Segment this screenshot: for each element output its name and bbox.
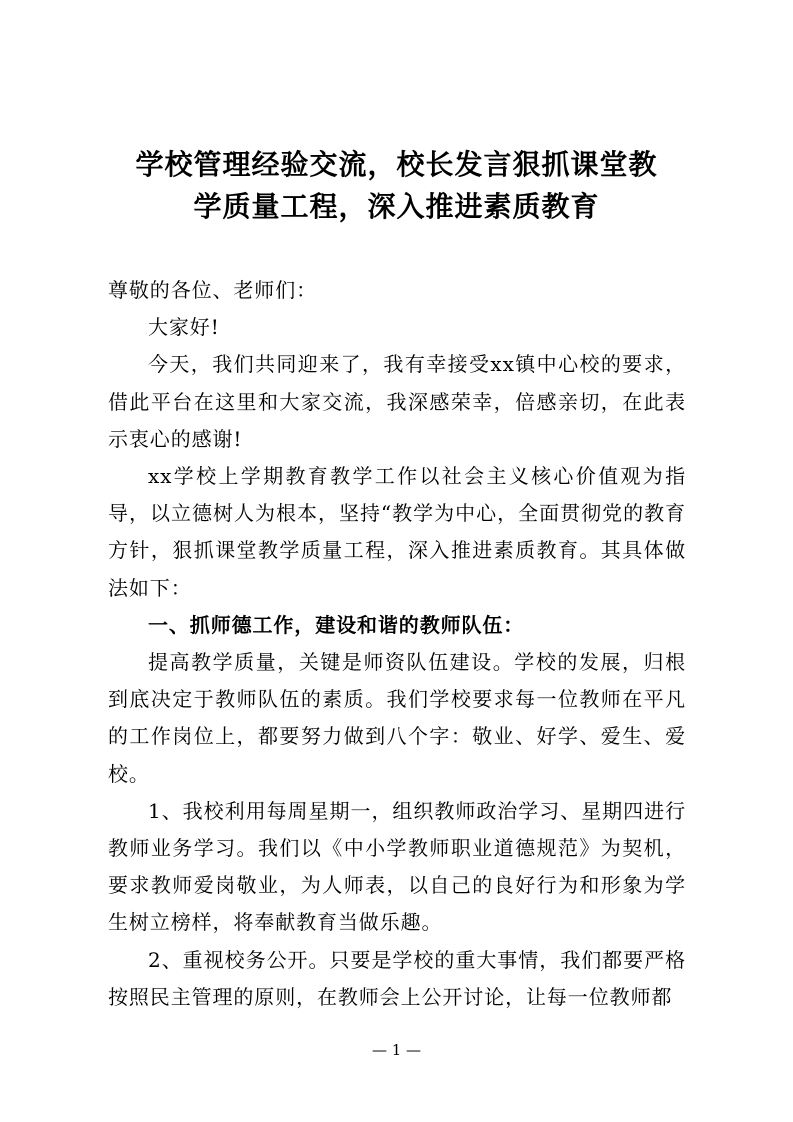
salutation: 尊敬的各位、老师们： bbox=[108, 272, 686, 309]
document-page: 学校管理经验交流，校长发言狠抓课堂教 学质量工程，深入推进素质教育 尊敬的各位、… bbox=[0, 0, 793, 1122]
overview-paragraph: xx学校上学期教育教学工作以社会主义核心价值观为指导，以立德树人为根本，坚持“教… bbox=[108, 458, 686, 607]
section-heading-1: 一、抓师德工作，建设和谐的教师队伍： bbox=[108, 607, 686, 644]
document-title: 学校管理经验交流，校长发言狠抓课堂教 学质量工程，深入推进素质教育 bbox=[100, 144, 693, 228]
list-item-1: 1、我校利用每周星期一，组织教师政治学习、星期四进行教师业务学习。我们以《中小学… bbox=[108, 793, 686, 942]
body-paragraph: 提高教学质量，关键是师资队伍建设。学校的发展，归根到底决定于教师队伍的素质。我们… bbox=[108, 644, 686, 793]
greeting-paragraph: 大家好! bbox=[108, 309, 686, 346]
list-item-2: 2、重视校务公开。只要是学校的重大事情，我们都要严格按照民主管理的原则，在教师会… bbox=[108, 942, 686, 1016]
title-line-1: 学校管理经验交流，校长发言狠抓课堂教 bbox=[100, 144, 693, 186]
page-number: — 1 — bbox=[0, 1041, 793, 1059]
intro-paragraph: 今天，我们共同迎来了，我有幸接受xx镇中心校的要求，借此平台在这里和大家交流，我… bbox=[108, 346, 686, 458]
title-line-2: 学质量工程，深入推进素质教育 bbox=[100, 186, 693, 228]
document-body: 尊敬的各位、老师们： 大家好! 今天，我们共同迎来了，我有幸接受xx镇中心校的要… bbox=[108, 272, 686, 1016]
